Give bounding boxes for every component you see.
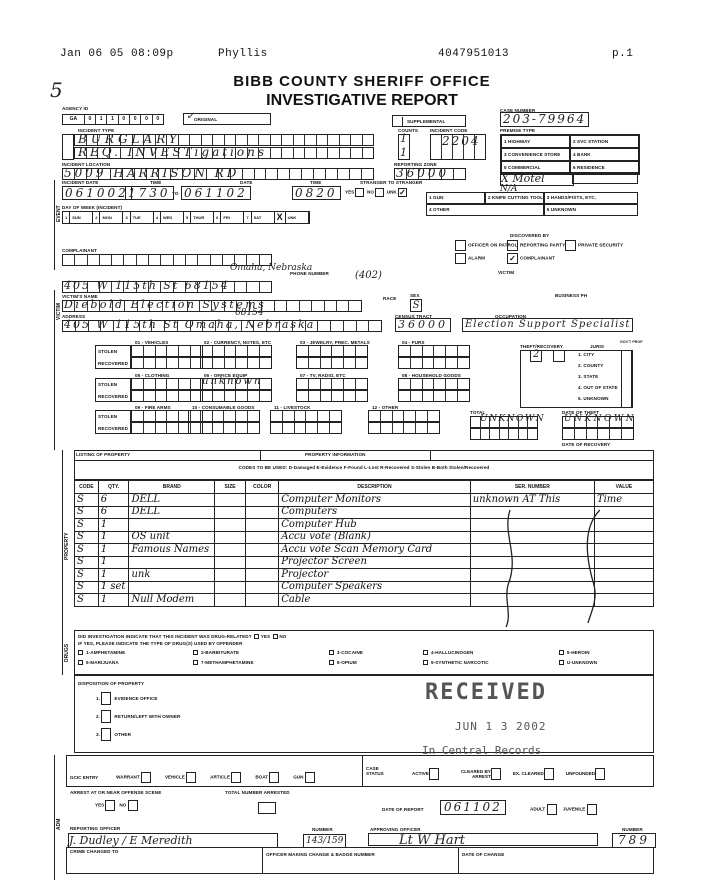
table-cell: 6 <box>98 506 129 519</box>
day-option[interactable]: 1 <box>63 212 70 223</box>
table-cell: S <box>75 519 99 532</box>
date-of-report[interactable]: 061102 <box>440 800 506 815</box>
drug-option[interactable]: 9-SYNTHETIC NARCOTIC <box>423 660 559 670</box>
checkbox[interactable] <box>423 650 428 655</box>
table-cell: S <box>75 594 99 607</box>
juris-option: 3. STATE <box>578 374 618 385</box>
theft-recovery-label: THEFT/RECOVERY <box>520 344 563 349</box>
property-stolen-cells[interactable] <box>131 345 203 357</box>
table-cell <box>594 569 653 582</box>
fax-sender: Phyllis <box>218 48 268 60</box>
day-of-week-label: DAY OF WEEK (INCIDENT) <box>62 205 122 210</box>
property-recovered-cells[interactable] <box>296 357 368 369</box>
gov-prop-boxes[interactable] <box>621 350 633 408</box>
date-of-report-label: DATE OF REPORT <box>382 807 424 812</box>
table-cell <box>215 544 246 557</box>
premise-option[interactable]: 1 HIGHWAY <box>501 135 570 148</box>
column-header: BRAND <box>129 481 215 494</box>
day-option[interactable]: UNK <box>286 212 309 223</box>
case-status-checkbox[interactable] <box>429 768 439 780</box>
disposition-option[interactable]: 2. RETURN/LEFT WITH OWNER <box>96 710 180 728</box>
table-cell: 1 <box>98 569 129 582</box>
weapon-option[interactable]: 4 OTHER <box>426 204 544 216</box>
column-header: COLOR <box>246 481 279 494</box>
property-stolen-cells[interactable] <box>131 378 203 390</box>
juris-option: 4. OUT OF STATE <box>578 385 618 396</box>
fax-datetime: Jan 06 05 08:09p <box>60 48 174 60</box>
supplemental-checkbox[interactable]: SUPPLEMENTAL <box>392 115 466 127</box>
gcic-article-checkbox[interactable] <box>231 772 241 783</box>
discovered-by-option[interactable]: ✓COMPLAINANT <box>507 253 555 264</box>
drug-option[interactable]: 7-METHAMPHETAMINE <box>193 660 329 670</box>
checkbox[interactable] <box>78 650 83 655</box>
agency-id-field[interactable]: GA0110000 <box>62 114 164 125</box>
time-from-label: TIME <box>150 180 161 185</box>
table-cell: Computer Speakers <box>279 581 471 594</box>
approving-number[interactable]: 789 <box>612 833 656 848</box>
table-cell <box>215 506 246 519</box>
incident-code: 2204 <box>442 134 481 148</box>
gcic-option-label: VEHICLE <box>165 775 186 780</box>
approving-officer-label: APPROVING OFFICER <box>370 827 421 832</box>
discovered-by-label: DISCOVERED BY <box>510 233 549 238</box>
table-cell: S <box>75 569 99 582</box>
checkbox[interactable] <box>329 650 334 655</box>
gcic-label: GCIC ENTRY <box>70 775 98 780</box>
date-of-theft[interactable]: UNKNOWN <box>564 414 636 424</box>
table-cell: S <box>75 544 99 557</box>
table-cell: Cable <box>279 594 471 607</box>
page-title: INVESTIGATIVE REPORT <box>212 92 512 110</box>
stranger-yes-checkbox[interactable] <box>355 188 364 197</box>
drug-option[interactable]: 5-HEROIN <box>559 650 653 660</box>
arrest-label: ARREST AT OR NEAR OFFENSE SCENE <box>70 790 161 795</box>
agency-id-digit: 0 <box>119 115 130 124</box>
race-label: RACE <box>383 296 396 301</box>
column-header: VALUE <box>594 481 653 494</box>
disposition-label: DISPOSITION OF PROPERTY <box>78 681 144 686</box>
drug-option[interactable]: U-UNKNOWN <box>559 660 653 670</box>
complainant-address[interactable]: 405 W 115th St 68154 <box>64 279 230 292</box>
drug-option[interactable]: 4-HALLUCINOGEN <box>423 650 559 660</box>
drug-type-prompt: IF YES, PLEASE INDICATE THE TYPE OF DRUG… <box>78 641 243 646</box>
time-from[interactable]: 1730 <box>125 186 174 200</box>
day-option[interactable]: 3 <box>123 212 130 223</box>
table-cell: unk <box>129 569 215 582</box>
table-cell <box>246 569 279 582</box>
juris-option: 2. COUNTY <box>578 363 618 374</box>
table-cell <box>246 556 279 569</box>
table-cell: S <box>75 494 99 507</box>
drug-no-checkbox[interactable] <box>273 634 278 639</box>
drug-option[interactable]: 3-COCAINE <box>329 650 423 660</box>
table-cell: S <box>75 506 99 519</box>
margin-mark: 5 <box>50 78 63 102</box>
table-cell <box>246 581 279 594</box>
day-option[interactable]: X <box>275 212 286 223</box>
agency-id-digit: GA <box>63 115 85 124</box>
day-option[interactable]: 5 <box>184 212 191 223</box>
census-tract[interactable]: 36000 <box>395 318 451 332</box>
table-cell: Time <box>594 494 653 507</box>
stranger-no-checkbox[interactable] <box>375 188 384 197</box>
checkbox[interactable] <box>559 660 564 665</box>
table-cell: S <box>75 581 99 594</box>
checkbox[interactable] <box>507 240 518 251</box>
premise-option[interactable]: 4 BANK <box>570 148 639 161</box>
juvenile-checkbox[interactable] <box>587 804 597 815</box>
stranger-options: YES NO UNK ✓ <box>345 188 407 197</box>
discovered-by-option[interactable]: REPORTING PARTY <box>507 240 565 251</box>
table-cell <box>246 544 279 557</box>
case-status-checkbox[interactable] <box>544 768 554 780</box>
premise-option[interactable]: 2 SVC STATION <box>570 135 639 148</box>
time-to[interactable]: 0820 <box>292 186 341 200</box>
property-codes-legend: CODES TO BE USED: D-Damaged E-Evidence F… <box>74 465 654 470</box>
date-to[interactable]: 061102 <box>181 186 251 200</box>
drug-option[interactable]: 2-BARBITURATE <box>193 650 329 660</box>
disposition-option[interactable]: 1. EVIDENCE OFFICE <box>96 692 180 710</box>
admin-section-label: ADM <box>56 819 62 830</box>
arrest-no-checkbox[interactable] <box>128 800 138 811</box>
juris-option: 5. UNKNOWN <box>578 396 618 407</box>
day-option[interactable]: SUN <box>70 212 93 223</box>
table-cell <box>246 506 279 519</box>
column-header: SIZE <box>215 481 246 494</box>
property-stolen-cells[interactable] <box>398 345 470 357</box>
property-stolen-cells[interactable] <box>296 378 368 390</box>
day-option[interactable]: TUE <box>131 212 154 223</box>
table-cell: Famous Names <box>129 544 215 557</box>
gcic-vehicle-checkbox[interactable] <box>186 772 196 783</box>
column-header: QTY. <box>98 481 129 494</box>
case-status-option-label: CLEARED BY ARREST <box>451 769 491 779</box>
case-status-checkbox[interactable] <box>491 768 501 780</box>
table-cell <box>594 544 653 557</box>
approving-officer[interactable]: Lt W Hart <box>368 833 598 846</box>
sex-label: SEX <box>410 293 420 298</box>
property-stolen-cells[interactable] <box>296 345 368 357</box>
received-stamp: RECEIVED <box>425 680 547 705</box>
agency-id-digit: 1 <box>107 115 118 124</box>
table-cell <box>594 594 653 607</box>
table-cell <box>594 556 653 569</box>
phone-label: PHONE NUMBER <box>290 271 329 276</box>
stolen-recovered-labels: STOLENRECOVERED <box>95 378 131 402</box>
reporting-officer[interactable]: J. Dudley / E Meredith <box>68 833 278 848</box>
day-option[interactable]: 4 <box>154 212 161 223</box>
table-cell <box>129 556 215 569</box>
table-cell <box>246 494 279 507</box>
drug-type-options: 1-AMPHETAMINE2-BARBITURATE3-COCAINE4-HAL… <box>78 650 653 670</box>
adult-checkbox[interactable] <box>547 804 557 815</box>
table-cell <box>215 569 246 582</box>
table-cell <box>215 494 246 507</box>
column-header: SER. NUMBER <box>470 481 594 494</box>
received-stamp-date: JUN 1 3 2002 <box>455 720 546 733</box>
checkbox[interactable] <box>193 650 198 655</box>
weapon-option[interactable]: 1 GUN <box>426 192 485 204</box>
agency-id-digit: 0 <box>153 115 163 124</box>
premise-type-label: PREMISE TYPE <box>500 128 535 133</box>
table-cell: 1 <box>98 556 129 569</box>
incident-code-label: INCIDENT CODE <box>430 128 468 133</box>
table-cell: Null Modem <box>129 594 215 607</box>
fax-page: p.1 <box>612 48 633 60</box>
table-cell: Computer Hub <box>279 519 471 532</box>
property-stolen-cells[interactable] <box>368 410 440 422</box>
table-cell: 1 <box>98 531 129 544</box>
disposition-options: 1. EVIDENCE OFFICE2. RETURN/LEFT WITH OW… <box>96 692 180 746</box>
day-option[interactable]: 2 <box>93 212 100 223</box>
table-cell <box>594 531 653 544</box>
checkbox[interactable] <box>78 660 83 665</box>
checkbox[interactable] <box>101 728 111 741</box>
table-cell: Computer Monitors <box>279 494 471 507</box>
table-cell <box>215 556 246 569</box>
gcic-option-label: WARRANT <box>116 775 141 780</box>
premise-option[interactable]: 3 CONVENIENCE STORE <box>501 148 570 161</box>
checkbox[interactable] <box>101 692 111 705</box>
complainant-phone: (402) <box>355 270 382 281</box>
incident-type-line1[interactable]: BURGLARY <box>78 132 181 146</box>
property-stolen-cells[interactable] <box>398 378 470 390</box>
date-to-label: DATE <box>240 180 253 185</box>
property-recovered-cells[interactable] <box>398 390 470 402</box>
theft-recovery-value: 2 <box>533 349 539 360</box>
fax-phone: 4047951013 <box>438 48 509 60</box>
property-recovered-cells[interactable] <box>200 357 272 369</box>
incident-date[interactable]: 061002 <box>62 186 132 200</box>
table-cell: 1 <box>98 544 129 557</box>
property-recovered-cells[interactable] <box>131 357 203 369</box>
stolen-recovered-labels: STOLENRECOVERED <box>95 345 131 369</box>
checkbox[interactable] <box>329 660 334 665</box>
table-cell <box>594 519 653 532</box>
checkbox[interactable] <box>423 660 428 665</box>
table-cell: OS unit <box>129 531 215 544</box>
table-cell: Accu vote Scan Memory Card <box>279 544 471 557</box>
agency-id-label: AGENCY ID <box>62 106 88 111</box>
day-option[interactable]: 6 <box>214 212 221 223</box>
original-checkbox[interactable]: ✓ ORIGINAL <box>183 113 271 125</box>
drug-yes-checkbox[interactable] <box>254 634 259 639</box>
column-header: CODE <box>75 481 99 494</box>
drug-option[interactable]: 6-MARIJUANA <box>78 660 193 670</box>
gcic-option-label: BOAT <box>255 775 269 780</box>
property-stolen-cells[interactable] <box>270 410 342 422</box>
date-of-change-label: DATE OF CHANGE <box>462 852 504 857</box>
juris-label: JURIS <box>590 344 604 349</box>
table-cell <box>246 531 279 544</box>
table-cell: 6 <box>98 494 129 507</box>
listing-of-property-label: LISTING OF PROPERTY <box>76 452 130 457</box>
discovered-by-option[interactable]: ALARM <box>455 253 485 264</box>
incident-type-line2[interactable]: REQ. INVESTigations <box>78 145 267 159</box>
incident-location[interactable]: 5009 HARRISON RD <box>64 166 239 180</box>
case-number: 203-79964 <box>500 112 589 127</box>
discovered-by-option[interactable]: PRIVATE SECURITY <box>565 240 623 251</box>
victim-sex[interactable]: S <box>410 299 422 312</box>
stolen-recovered-labels: STOLENRECOVERED <box>95 410 131 434</box>
table-cell: S <box>75 531 99 544</box>
table-cell <box>246 594 279 607</box>
weapon-grid: 1 GUN2 KNIFE CUTTING TOOL3 HANDS/FISTS, … <box>426 192 638 216</box>
arrest-yes-checkbox[interactable] <box>105 800 115 811</box>
property-stolen-cells[interactable] <box>188 410 260 422</box>
property-recovered-cells[interactable] <box>368 422 440 434</box>
day-option[interactable]: FRI <box>221 212 244 223</box>
day-option[interactable]: THUR <box>191 212 214 223</box>
day-option[interactable]: 7 <box>244 212 251 223</box>
table-cell: S <box>75 556 99 569</box>
property-stolen-cells[interactable] <box>200 345 272 357</box>
victim-zip-note: 68154 <box>235 308 264 318</box>
table-cell: 1 <box>98 594 129 607</box>
table-cell: DELL <box>129 494 215 507</box>
case-status-option-label: ACTIVE <box>412 771 429 776</box>
table-cell: Projector Screen <box>279 556 471 569</box>
table-cell <box>215 531 246 544</box>
drugs-section-label: DRUGS <box>64 644 70 662</box>
victim-sub-label: VICTIM <box>498 270 514 275</box>
property-category-value: unknown <box>202 376 262 387</box>
weapon-option[interactable]: 2 KNIFE CUTTING TOOL <box>485 192 544 204</box>
day-option[interactable]: WED <box>161 212 184 223</box>
reporting-zone: 36000 <box>396 166 449 180</box>
checkbox[interactable] <box>101 710 111 723</box>
agency-name: BIBB COUNTY SHERIFF OFFICE <box>212 76 512 86</box>
agency-id-digit: 1 <box>96 115 107 124</box>
property-information-label: PROPERTY INFORMATION <box>305 452 366 457</box>
juris-option: 1. CITY <box>578 352 618 363</box>
case-status-checkbox[interactable] <box>595 768 605 780</box>
officer-number[interactable]: 143/159 <box>303 834 346 848</box>
drug-option[interactable]: 8-OPIUM <box>329 660 423 670</box>
to-label: TO <box>172 191 179 196</box>
table-cell: Projector <box>279 569 471 582</box>
case-status-option-label: UNFOUNDED <box>566 771 595 776</box>
checkbox[interactable] <box>455 240 466 251</box>
table-cell <box>215 581 246 594</box>
stranger-unk-checkbox[interactable]: ✓ <box>398 188 407 197</box>
checkbox[interactable] <box>559 650 564 655</box>
agency-id-digit: 0 <box>141 115 152 124</box>
property-recovered-cells[interactable] <box>296 390 368 402</box>
officer-number-label: NUMBER <box>312 827 333 832</box>
agency-id-digit: 0 <box>130 115 141 124</box>
victim-address[interactable]: 405 W 115th St Omaha, Nebraska <box>64 318 315 331</box>
property-recovered-cells[interactable] <box>270 422 342 434</box>
incident-date-label: INCIDENT DATE <box>62 180 98 185</box>
premise-type-grid: 1 HIGHWAY2 SVC STATION3 CONVENIENCE STOR… <box>500 134 640 175</box>
business-phone-label: BUSINESS PH <box>555 293 587 298</box>
disposition-option[interactable]: 3. OTHER <box>96 728 180 746</box>
agency-id-digit: 0 <box>85 115 96 124</box>
table-cell <box>129 519 215 532</box>
property-recovered-cells[interactable] <box>398 357 470 369</box>
checkbox[interactable] <box>455 253 466 264</box>
stranger-label: STRANGER TO STRANGER <box>360 180 422 185</box>
checkbox[interactable]: ✓ <box>507 253 518 264</box>
table-cell <box>215 594 246 607</box>
weapon-option[interactable]: 3 HANDS/FISTS, ETC. <box>544 192 638 204</box>
day-option[interactable]: SAT <box>252 212 275 223</box>
gcic-entry-options: GCIC ENTRYWARRANT VEHICLE ARTICLE BOAT G… <box>70 772 329 783</box>
table-cell: 1 <box>98 519 129 532</box>
table-cell: Accu vote (Blank) <box>279 531 471 544</box>
property-recovered-cells[interactable] <box>188 422 260 434</box>
property-recovered-cells[interactable] <box>200 390 272 402</box>
case-status-option-label: EX. CLEARED <box>513 771 544 776</box>
table-cell <box>594 581 653 594</box>
table-cell <box>594 506 653 519</box>
case-status-options: CASE STATUSACTIVE CLEARED BY ARREST EX. … <box>366 766 656 780</box>
time-to-label: TIME <box>310 180 321 185</box>
occupation[interactable]: Election Support Specialist <box>462 318 633 332</box>
date-of-recovery-label: DATE OF RECOVERY <box>562 442 610 447</box>
table-cell: DELL <box>129 506 215 519</box>
total-arrested-label: TOTAL NUMBER ARRESTED <box>225 790 290 795</box>
juris-options: 1. CITY2. COUNTY3. STATE4. OUT OF STATE5… <box>578 352 618 407</box>
counts-value-1: 1 <box>400 132 407 145</box>
crime-changed-label: CRIME CHANGED TO <box>70 849 118 854</box>
day-option[interactable]: MON <box>100 212 123 223</box>
gcic-gun-checkbox[interactable] <box>305 772 315 783</box>
drug-question: DID INVESTIGATION INDICATE THAT THIS INC… <box>78 634 286 639</box>
total-value[interactable]: UNKNOWN <box>480 414 545 424</box>
table-cell <box>215 519 246 532</box>
table-cell <box>129 581 215 594</box>
reporting-officer-label: REPORTING OFFICER <box>70 826 120 831</box>
gov-prop-label: GOV'T PROP <box>620 340 643 344</box>
total-arrested-field[interactable] <box>258 802 276 814</box>
weapon-option[interactable]: 5 UNKNOWN <box>544 204 638 216</box>
property-recovered-cells[interactable] <box>131 390 203 402</box>
ditto-marks <box>480 505 600 630</box>
day-of-week-selector[interactable]: 1SUN2MON3TUE4WED5THUR6FRI7SATXUNK <box>62 211 310 224</box>
gcic-boat-checkbox[interactable] <box>269 772 279 783</box>
gcic-option-label: GUN <box>293 775 304 780</box>
column-header: DESCRIPTION <box>279 481 471 494</box>
table-cell: 1 set <box>98 581 129 594</box>
table-cell: Computers <box>279 506 471 519</box>
table-cell <box>246 519 279 532</box>
approving-number-label: NUMBER <box>622 827 643 832</box>
case-status-label: CASE STATUS <box>366 766 392 776</box>
gcic-warrant-checkbox[interactable] <box>141 772 151 783</box>
drug-option[interactable]: 1-AMPHETAMINE <box>78 650 193 660</box>
complainant-label: COMPLAINANT <box>62 248 97 253</box>
officer-change-label: OFFICER MAKING CHANGE & BADGE NUMBER <box>266 852 375 857</box>
counts-value-2: 1 <box>400 146 407 159</box>
gcic-option-label: ARTICLE <box>210 775 231 780</box>
checkbox[interactable] <box>193 660 198 665</box>
property-section-label: PROPERTY <box>64 532 70 560</box>
checkbox[interactable] <box>565 240 576 251</box>
